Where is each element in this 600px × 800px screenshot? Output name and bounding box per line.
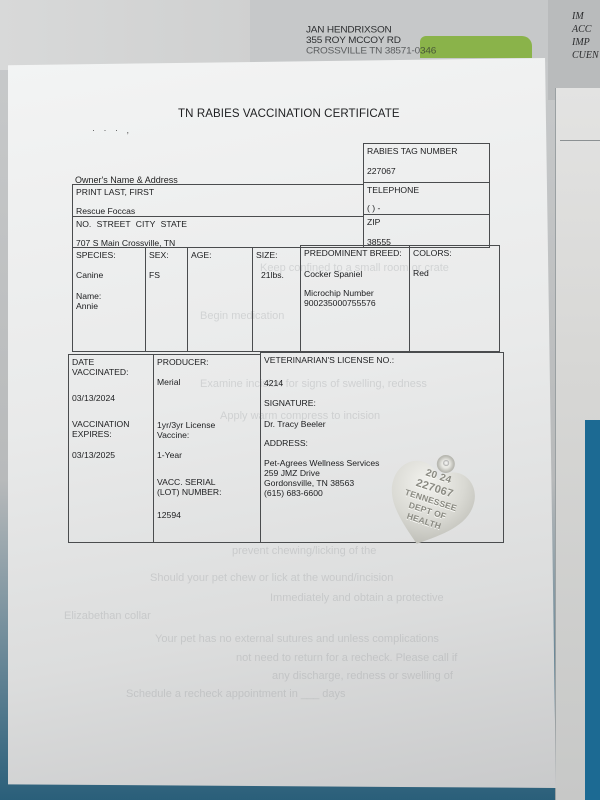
vet-address-line: 259 JMZ Drive [264,468,320,478]
bleed-through-text: any discharge, redness or swelling of [272,670,453,682]
owner-name-value: Rescue Foccas [76,206,135,216]
zip-field: ZIP 38555 [363,214,490,248]
rabies-tag-value: 227067 [367,166,396,176]
vaccination-dates-field: DATE VACCINATED: 03/13/2024 VACCINATION … [68,354,154,543]
bleed-through-text: Schedule a recheck appointment in ___ da… [126,688,346,700]
bleed-through-text: not need to return for a recheck. Please… [236,652,457,664]
producer-field: PRODUCER: Merial 1yr/3yr License Vaccine… [153,354,261,543]
right-edge-text: IM ACC IMP CUEN [572,10,599,62]
handwritten-mark: · · · , [92,125,132,135]
background-paper [0,0,260,70]
envelope-address: JAN HENDRIXSON 355 ROY MCCOY RD CROSSVIL… [306,25,436,56]
breed-value: Cocker Spaniel [304,269,362,279]
breed-field: PREDOMINENT BREED: Cocker Spaniel Microc… [300,245,410,352]
owner-address-field: NO. STREET CITY STATE 707 S Main Crossvi… [72,216,364,248]
telephone-value: ( ) - [367,203,380,213]
species-value: Canine [76,270,103,280]
pet-name-value: Annie [76,301,98,311]
vet-license-value: 4214 [264,378,283,388]
bleed-through-text: Should your pet chew or lick at the woun… [150,572,393,584]
date-vaccinated-value: 03/13/2024 [72,393,115,403]
certificate-title: TN RABIES VACCINATION CERTIFICATE [178,108,400,120]
size-value: 21lbs. [261,270,284,280]
bleed-through-text: Elizabethan collar [64,610,151,622]
sex-value: FS [149,270,160,280]
vet-address-line: Pet-Agrees Wellness Services [264,458,379,468]
signature-value: Dr. Tracy Beeler [264,419,326,429]
microchip-value: 900235000755576 [304,298,376,308]
background-blue-folder [585,420,600,800]
age-field: AGE: [187,247,253,352]
bleed-through-text: Immediately and obtain a protective [270,592,444,604]
background-green-folder [420,36,532,58]
serial-number-value: 12594 [157,510,181,520]
bleed-through-text: prevent chewing/licking of the [232,545,376,557]
species-field: SPECIES: Canine Name: Annie [72,247,146,352]
colors-value: Red [413,268,429,278]
divider [560,140,600,141]
telephone-field: TELEPHONE ( ) - [363,182,490,215]
size-field: SIZE: 21lbs. [252,247,301,352]
sex-field: SEX: FS [145,247,188,352]
owner-name-field: PRINT LAST, FIRST Rescue Foccas [72,184,364,217]
rabies-tag-field: RABIES TAG NUMBER 227067 [363,143,490,183]
bleed-through-text: Your pet has no external sutures and unl… [155,633,439,645]
license-vaccine-value: 1-Year [157,450,182,460]
colors-field: COLORS: Red [409,245,500,352]
producer-value: Merial [157,377,180,387]
vet-phone: (615) 683-6600 [264,488,323,498]
expiration-date-value: 03/13/2025 [72,450,115,460]
vet-address-line: Gordonsville, TN 38563 [264,478,354,488]
